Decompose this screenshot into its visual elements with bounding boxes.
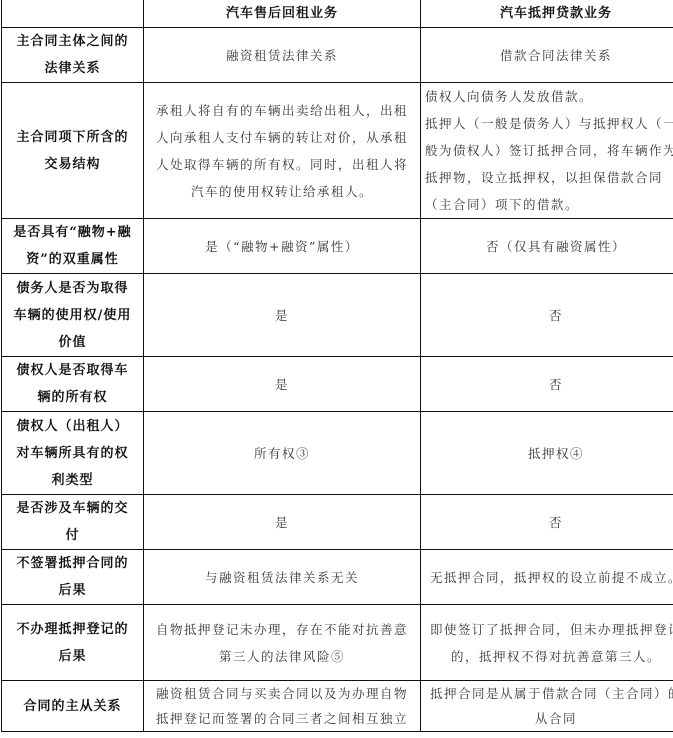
cell-mortgage-loan: 抵押权④ [421,412,673,495]
cell-mortgage-loan: 否 [421,495,673,550]
cell-leaseback: 是 [144,495,421,550]
column-header-leaseback: 汽车售后回租业务 [144,0,421,28]
cell-leaseback: 所有权③ [144,412,421,495]
row-label: 是否涉及车辆的交付 [2,495,144,550]
cell-mortgage-loan: 借款合同法律关系 [421,28,673,83]
row-label: 债权人（出租人）对车辆所具有的权利类型 [2,412,144,495]
cell-mortgage-loan: 无抵押合同，抵押权的设立前提不成立。 [421,550,673,605]
row-label: 债权人是否取得车辆的所有权 [2,357,144,412]
table-row: 债权人（出租人）对车辆所具有的权利类型 所有权③ 抵押权④ [2,412,673,495]
table-row: 主合同主体之间的法律关系 融资租赁法律关系 借款合同法律关系 [2,28,673,83]
corner-cell [2,0,144,28]
row-label: 不办理抵押登记的后果 [2,605,144,681]
table-row: 不办理抵押登记的后果 自物抵押登记未办理，存在不能对抗善意第三人的法律风险⑤ 即… [2,605,673,681]
row-label: 不签署抵押合同的后果 [2,550,144,605]
cell-mortgage-loan: 否 [421,357,673,412]
table-row: 合同的主从关系 融资租赁合同与买卖合同以及为办理自物抵押登记而签署的合同三者之间… [2,681,673,732]
column-header-mortgage-loan: 汽车抵押贷款业务 [421,0,673,28]
row-label: 合同的主从关系 [2,681,144,732]
comparison-table: 汽车售后回租业务 汽车抵押贷款业务 主合同主体之间的法律关系 融资租赁法律关系 … [1,0,673,732]
cell-leaseback: 是 [144,274,421,357]
header-row: 汽车售后回租业务 汽车抵押贷款业务 [2,0,673,28]
row-label: 债务人是否为取得车辆的使用权/使用价值 [2,274,144,357]
table-row: 不签署抵押合同的后果 与融资租赁法律关系无关 无抵押合同，抵押权的设立前提不成立… [2,550,673,605]
cell-mortgage-loan: 抵押合同是从属于借款合同（主合同）的从合同 [421,681,673,732]
table-row: 主合同项下所含的交易结构 承租人将自有的车辆出卖给出租人，出租人向承租人支付车辆… [2,83,673,219]
row-label: 主合同主体之间的法律关系 [2,28,144,83]
cell-mortgage-loan: 债权人向债务人发放借款。 抵押人（一般是债务人）与抵押权人（一般为债权人）签订抵… [421,83,673,219]
cell-leaseback: 承租人将自有的车辆出卖给出租人，出租人向承租人支付车辆的转让对价，从承租人处取得… [144,83,421,219]
cell-leaseback: 自物抵押登记未办理，存在不能对抗善意第三人的法律风险⑤ [144,605,421,681]
row-label: 是否具有“融物+融资”的双重属性 [2,219,144,274]
cell-leaseback: 是 [144,357,421,412]
row-label: 主合同项下所含的交易结构 [2,83,144,219]
cell-mortgage-loan: 即使签订了抵押合同，但未办理抵押登记的，抵押权不得对抗善意第三人。 [421,605,673,681]
table-row: 债权人是否取得车辆的所有权 是 否 [2,357,673,412]
cell-mortgage-loan: 否（仅具有融资属性） [421,219,673,274]
table-row: 是否具有“融物+融资”的双重属性 是（“融物+融资”属性） 否（仅具有融资属性） [2,219,673,274]
cell-line: 债权人向债务人发放借款。 [425,83,673,110]
cell-leaseback: 融资租赁法律关系 [144,28,421,83]
cell-paragraph: 抵押人（一般是债务人）与抵押权人（一般为债权人）签订抵押合同，将车辆作为抵押物，… [425,110,673,218]
cell-leaseback: 融资租赁合同与买卖合同以及为办理自物抵押登记而签署的合同三者之间相互独立 [144,681,421,732]
cell-leaseback: 是（“融物+融资”属性） [144,219,421,274]
table-row: 债务人是否为取得车辆的使用权/使用价值 是 否 [2,274,673,357]
cell-leaseback: 与融资租赁法律关系无关 [144,550,421,605]
table-row: 是否涉及车辆的交付 是 否 [2,495,673,550]
cell-mortgage-loan: 否 [421,274,673,357]
